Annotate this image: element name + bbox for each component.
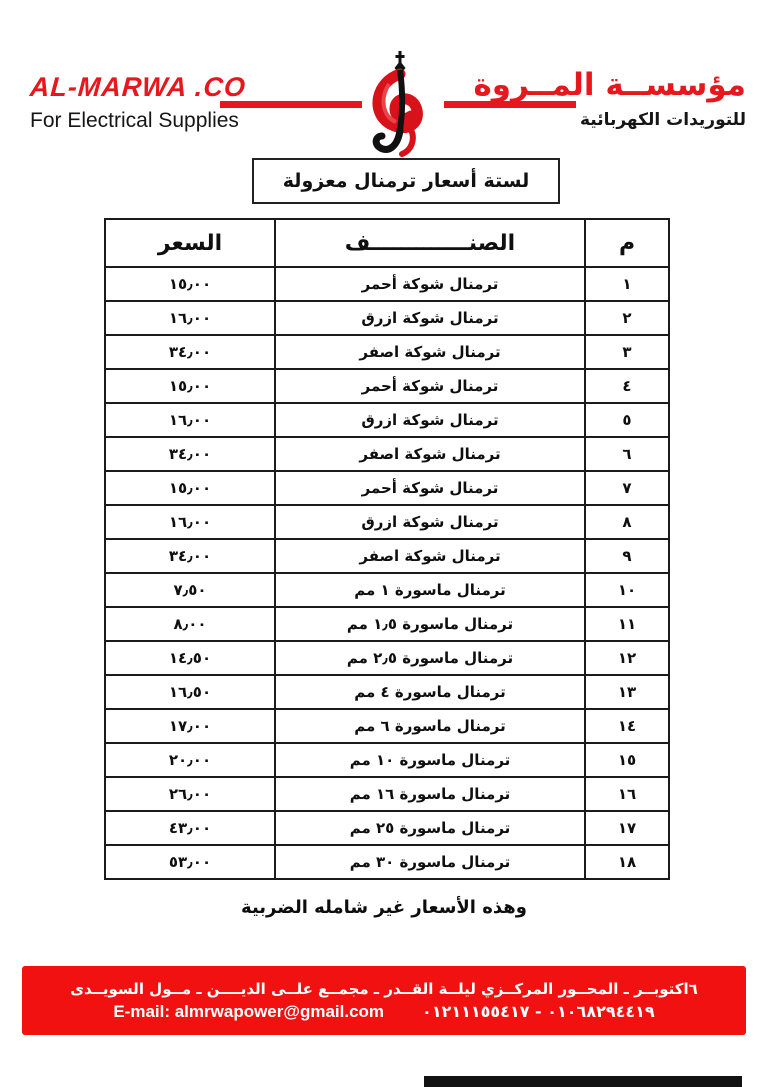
row-number: ١٢ [585, 641, 669, 675]
row-item: ترمنال ماسورة ٣٠ مم [275, 845, 585, 879]
bottom-page-edge-bar [424, 1076, 742, 1087]
row-number: ٤ [585, 369, 669, 403]
row-number: ٦ [585, 437, 669, 471]
table-header-row: م الصنـــــــــــــف السعر [105, 219, 669, 267]
footer-bar: ٦اكتوبــر ـ المحــور المركــزي ليلــة ال… [22, 966, 746, 1035]
brand-arabic: مؤسســة المــروة للتوريدات الكهربائية [473, 68, 746, 130]
table-row: ٦ ترمنال شوكة اصفر ٣٤٫٠٠ [105, 437, 669, 471]
table-row: ١٧ ترمنال ماسورة ٢٥ مم ٤٣٫٠٠ [105, 811, 669, 845]
row-number: ٥ [585, 403, 669, 437]
row-item: ترمنال ماسورة ٦ مم [275, 709, 585, 743]
table-row: ١١ ترمنال ماسورة ١٫٥ مم ٨٫٠٠ [105, 607, 669, 641]
column-header-price: السعر [105, 219, 275, 267]
row-item: ترمنال شوكة ازرق [275, 505, 585, 539]
row-item: ترمنال شوكة ازرق [275, 301, 585, 335]
row-number: ١٤ [585, 709, 669, 743]
row-number: ١٣ [585, 675, 669, 709]
table-row: ٥ ترمنال شوكة ازرق ١٦٫٠٠ [105, 403, 669, 437]
row-number: ١٧ [585, 811, 669, 845]
table-row: ٧ ترمنال شوكة أحمر ١٥٫٠٠ [105, 471, 669, 505]
row-item: ترمنال شوكة أحمر [275, 369, 585, 403]
table-row: ١٣ ترمنال ماسورة ٤ مم ١٦٫٥٠ [105, 675, 669, 709]
row-price: ١٦٫٠٠ [105, 301, 275, 335]
row-price: ٤٣٫٠٠ [105, 811, 275, 845]
row-number: ٢ [585, 301, 669, 335]
row-price: ١٧٫٠٠ [105, 709, 275, 743]
row-price: ٢٠٫٠٠ [105, 743, 275, 777]
column-header-number: م [585, 219, 669, 267]
row-number: ١٨ [585, 845, 669, 879]
row-price: ١٥٫٠٠ [105, 369, 275, 403]
row-number: ٨ [585, 505, 669, 539]
row-price: ٥٣٫٠٠ [105, 845, 275, 879]
row-item: ترمنال ماسورة ١٠ مم [275, 743, 585, 777]
brand-english: AL-MARWA .CO For Electrical Supplies [30, 72, 245, 133]
table-row: ٢ ترمنال شوكة ازرق ١٦٫٠٠ [105, 301, 669, 335]
row-number: ١ [585, 267, 669, 301]
row-price: ٧٫٥٠ [105, 573, 275, 607]
table-row: ٩ ترمنال شوكة اصفر ٣٤٫٠٠ [105, 539, 669, 573]
row-item: ترمنال ماسورة ١ مم [275, 573, 585, 607]
row-item: ترمنال ماسورة ٢٥ مم [275, 811, 585, 845]
row-item: ترمنال ماسورة ٢٫٥ مم [275, 641, 585, 675]
row-price: ١٦٫٠٠ [105, 403, 275, 437]
brand-arabic-title: مؤسســة المــروة [473, 68, 746, 102]
table-row: ٣ ترمنال شوكة اصفر ٣٤٫٠٠ [105, 335, 669, 369]
footer-contact-line: E-mail: almrwapower@gmail.com ٠١٠٦٨٢٩٤٤١… [113, 1002, 654, 1022]
table-row: ١٤ ترمنال ماسورة ٦ مم ١٧٫٠٠ [105, 709, 669, 743]
row-item: ترمنال شوكة أحمر [275, 471, 585, 505]
row-item: ترمنال ماسورة ٤ مم [275, 675, 585, 709]
table-row: ١٨ ترمنال ماسورة ٣٠ مم ٥٣٫٠٠ [105, 845, 669, 879]
table-row: ٨ ترمنال شوكة ازرق ١٦٫٠٠ [105, 505, 669, 539]
row-price: ٨٫٠٠ [105, 607, 275, 641]
row-price: ١٥٫٠٠ [105, 471, 275, 505]
table-body: ١ ترمنال شوكة أحمر ١٥٫٠٠ ٢ ترمنال شوكة ا… [105, 267, 669, 879]
table-row: ١٦ ترمنال ماسورة ١٦ مم ٢٦٫٠٠ [105, 777, 669, 811]
row-number: ٣ [585, 335, 669, 369]
row-number: ٩ [585, 539, 669, 573]
brand-arabic-subtitle: للتوريدات الكهربائية [473, 110, 746, 130]
tax-note: وهذه الأسعار غير شامله الضربية [0, 897, 768, 918]
row-item: ترمنال ماسورة ١٦ مم [275, 777, 585, 811]
column-header-item: الصنـــــــــــــف [275, 219, 585, 267]
table-row: ١ ترمنال شوكة أحمر ١٥٫٠٠ [105, 267, 669, 301]
row-price: ٣٤٫٠٠ [105, 437, 275, 471]
price-list-title: لستة أسعار ترمنال معزولة [252, 158, 560, 204]
price-table: م الصنـــــــــــــف السعر ١ ترمنال شوكة… [104, 218, 670, 880]
header-rule-left [220, 101, 362, 108]
row-item: ترمنال شوكة أحمر [275, 267, 585, 301]
row-item: ترمنال شوكة اصفر [275, 437, 585, 471]
row-price: ١٥٫٠٠ [105, 267, 275, 301]
table-row: ٤ ترمنال شوكة أحمر ١٥٫٠٠ [105, 369, 669, 403]
row-price: ٣٤٫٠٠ [105, 539, 275, 573]
footer-address: ٦اكتوبــر ـ المحــور المركــزي ليلــة ال… [70, 980, 698, 998]
row-price: ١٤٫٥٠ [105, 641, 275, 675]
row-item: ترمنال شوكة اصفر [275, 539, 585, 573]
footer-phone-numbers: ٠١٠٦٨٢٩٤٤١٩ - ٠١٢١١١٥٥٤١٧ [422, 1002, 655, 1021]
row-number: ١٠ [585, 573, 669, 607]
row-number: ٧ [585, 471, 669, 505]
al-marwa-calligraphy-logo-icon [356, 50, 444, 164]
row-item: ترمنال شوكة ازرق [275, 403, 585, 437]
row-price: ٢٦٫٠٠ [105, 777, 275, 811]
row-price: ٣٤٫٠٠ [105, 335, 275, 369]
row-price: ١٦٫٠٠ [105, 505, 275, 539]
table-row: ١٥ ترمنال ماسورة ١٠ مم ٢٠٫٠٠ [105, 743, 669, 777]
row-number: ١٥ [585, 743, 669, 777]
footer-email: E-mail: almrwapower@gmail.com [113, 1002, 384, 1022]
document-page: AL-MARWA .CO For Electrical Supplies مؤس… [0, 0, 768, 1087]
row-number: ١٦ [585, 777, 669, 811]
brand-english-subtitle: For Electrical Supplies [30, 109, 245, 133]
brand-english-title: AL-MARWA .CO [29, 72, 246, 103]
table-row: ١٢ ترمنال ماسورة ٢٫٥ مم ١٤٫٥٠ [105, 641, 669, 675]
row-item: ترمنال شوكة اصفر [275, 335, 585, 369]
row-item: ترمنال ماسورة ١٫٥ مم [275, 607, 585, 641]
row-number: ١١ [585, 607, 669, 641]
table-row: ١٠ ترمنال ماسورة ١ مم ٧٫٥٠ [105, 573, 669, 607]
row-price: ١٦٫٥٠ [105, 675, 275, 709]
